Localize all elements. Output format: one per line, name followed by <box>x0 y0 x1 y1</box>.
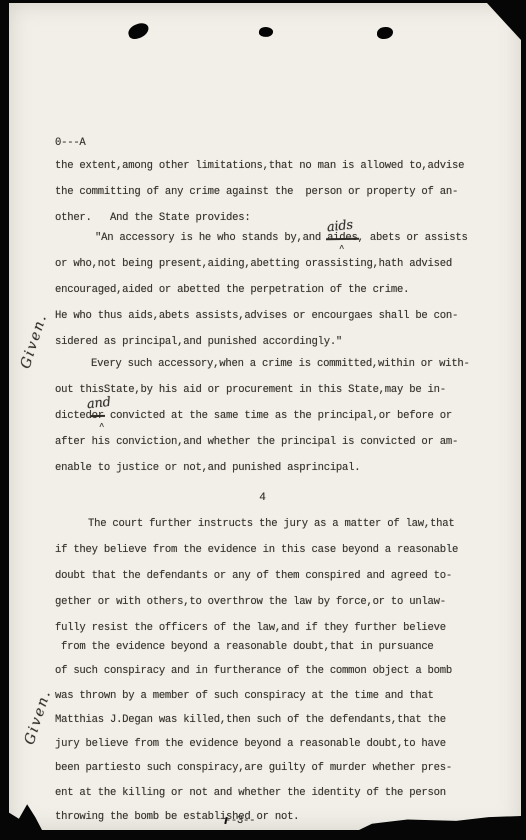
typed-text: convicted at the same time as the princi… <box>104 410 452 422</box>
typed-line: He who thus aids,abets assists,advises o… <box>55 310 495 336</box>
scanned-document: Given. Given. 0---A the extent,among oth… <box>0 0 526 840</box>
handwritten-insert-aids: aids <box>326 218 353 236</box>
accessory-paragraph: Every such accessory,when a crime is com… <box>55 358 495 487</box>
typed-line: ent at the killing or not and whether th… <box>55 787 495 811</box>
typed-line: doubt that the defendants or any of them… <box>55 570 495 596</box>
typed-line: or who,not being present,aiding,abetting… <box>55 258 495 284</box>
intro-paragraph: the extent,among other limitations,that … <box>55 160 495 238</box>
typed-line: enable to justice or not,and punished as… <box>55 462 495 488</box>
binder-hole-mark <box>258 26 273 38</box>
corner-cut-artifact <box>487 3 521 40</box>
typed-line: encouraged,aided or abetted the perpetra… <box>55 284 495 310</box>
binder-hole-mark <box>126 21 150 41</box>
conspiracy-paragraph: from the evidence beyond a reasonable do… <box>55 641 495 835</box>
section-number: 4 <box>55 492 470 504</box>
page-header-mark: 0---A <box>55 137 495 163</box>
court-instruction-paragraph: The court further instructs the jury as … <box>55 518 495 647</box>
insert-caret: ^ <box>99 422 104 432</box>
typed-line: if they believe from the evidence in thi… <box>55 544 495 570</box>
typed-line: Matthias J.Degan was killed,then such of… <box>55 714 495 738</box>
typed-line: the committing of any crime against the … <box>55 186 495 212</box>
typed-line: gether or with others,to overthrow the l… <box>55 596 495 622</box>
ink-blot-artifact <box>9 802 42 830</box>
typed-line: was thrown by a member of such conspirac… <box>55 690 495 714</box>
typed-text: "An accessory is he who stands by,and <box>95 232 327 244</box>
handwritten-insert-and: and <box>86 395 111 412</box>
typed-line: Every such accessory,when a crime is com… <box>55 358 495 384</box>
header-mark: 0---A <box>55 137 495 163</box>
page-number: --3-- <box>55 815 425 827</box>
typed-line: after his conviction,and whether the pri… <box>55 436 495 462</box>
margin-note-given: Given. <box>9 285 59 396</box>
typed-line: jury believe from the evidence beyond a … <box>55 738 495 762</box>
statute-quote-paragraph: "An accessory is he who stands by,and ai… <box>55 232 495 361</box>
document-page: Given. Given. 0---A the extent,among oth… <box>9 3 521 830</box>
typed-line-with-correction: "An accessory is he who stands by,and ai… <box>55 232 495 258</box>
insert-caret: ^ <box>339 244 344 254</box>
typed-line: been partiesto such conspiracy,are guilt… <box>55 762 495 786</box>
typed-text: dicted <box>55 410 92 422</box>
typed-line-with-correction: dictedor convicted at the same time as t… <box>55 410 495 436</box>
typed-line: the extent,among other limitations,that … <box>55 160 495 186</box>
typed-line: The court further instructs the jury as … <box>55 518 495 544</box>
typed-text: , abets or assists <box>358 232 468 244</box>
typed-line: from the evidence beyond a reasonable do… <box>55 641 495 665</box>
typed-line: of such conspiracy and in furtherance of… <box>55 665 495 689</box>
binder-hole-mark <box>377 27 393 39</box>
typed-line: out thisState,by his aid or procurement … <box>55 384 495 410</box>
